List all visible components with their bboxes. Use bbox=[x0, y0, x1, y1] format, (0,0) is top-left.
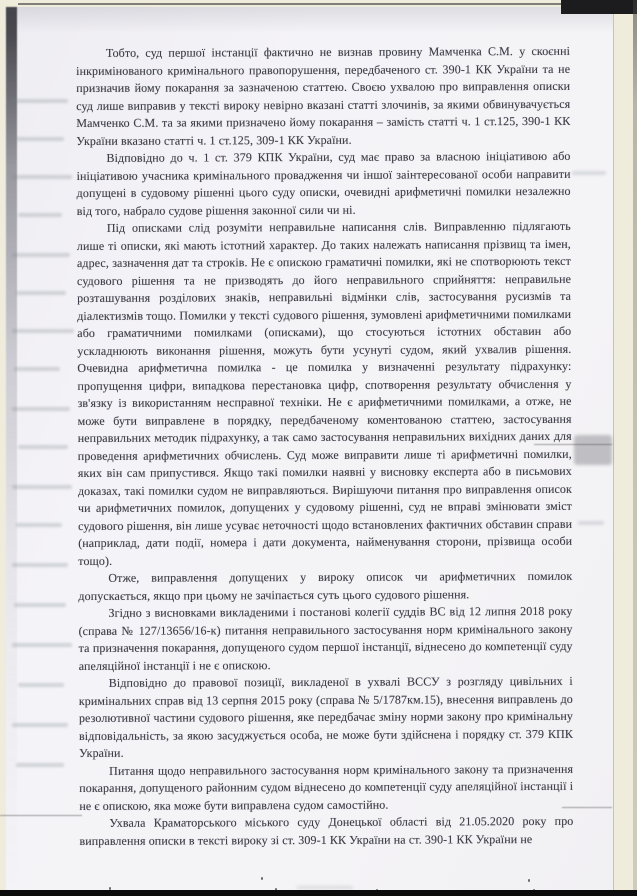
bleed-through-mark bbox=[14, 603, 66, 607]
paragraph-5: Згідно з висновками викладеними і постан… bbox=[78, 603, 572, 675]
bleed-through-mark bbox=[12, 253, 70, 257]
page-top-shade bbox=[6, 7, 613, 33]
bleed-through-mark bbox=[12, 175, 72, 179]
scan-top-edge bbox=[18, 3, 637, 5]
bleed-through-mark bbox=[12, 329, 74, 333]
bleed-through-mark bbox=[18, 683, 64, 687]
scan-speck bbox=[528, 879, 530, 882]
paragraph-4: Отже, виправлення допущених у вироку опи… bbox=[78, 568, 572, 605]
scan-smudge bbox=[574, 435, 612, 465]
scanned-document-view: Тобто, суд першої інстанції фактично не … bbox=[0, 0, 637, 896]
scan-speck bbox=[261, 877, 263, 880]
bleed-through-mark bbox=[18, 445, 68, 449]
scan-crease bbox=[0, 815, 82, 816]
bleed-through-mark bbox=[16, 523, 62, 527]
document-text: Тобто, суд першої інстанції фактично не … bbox=[76, 43, 574, 850]
scan-smudge bbox=[297, 886, 353, 889]
bleed-through-mark bbox=[16, 763, 64, 767]
bleed-through-mark bbox=[12, 643, 72, 647]
scan-bottom-edge bbox=[0, 890, 637, 896]
bleed-through-mark bbox=[12, 723, 68, 727]
bleed-through-mark bbox=[12, 99, 68, 103]
scan-right-edge bbox=[633, 0, 637, 896]
bleed-through-mark bbox=[14, 367, 60, 371]
bleed-through-mark bbox=[572, 171, 606, 175]
scan-corner-shadow bbox=[561, 0, 637, 14]
paragraph-6: Відповідно до правової позиції, викладен… bbox=[79, 673, 573, 763]
paragraph-7: Питання щодо неправильного застосування … bbox=[79, 760, 573, 815]
paragraph-1: Тобто, суд першої інстанції фактично не … bbox=[76, 43, 570, 150]
bleed-through-mark bbox=[12, 485, 72, 489]
bleed-through-mark bbox=[12, 407, 70, 411]
bleed-through-mark bbox=[18, 213, 62, 217]
paragraph-3: Під описками слід розуміти неправильне н… bbox=[77, 218, 573, 570]
bleed-through-mark bbox=[16, 137, 64, 141]
bleed-through-mark bbox=[578, 521, 604, 525]
paragraph-8: Ухвала Краматорського міського суду Доне… bbox=[79, 813, 573, 850]
bleed-through-mark bbox=[12, 563, 68, 567]
document-page: Тобто, суд першої інстанції фактично не … bbox=[6, 7, 614, 891]
bleed-through-mark bbox=[16, 291, 66, 295]
paragraph-2: Відповідно до ч. 1 ст. 379 КПК України, … bbox=[76, 148, 570, 220]
